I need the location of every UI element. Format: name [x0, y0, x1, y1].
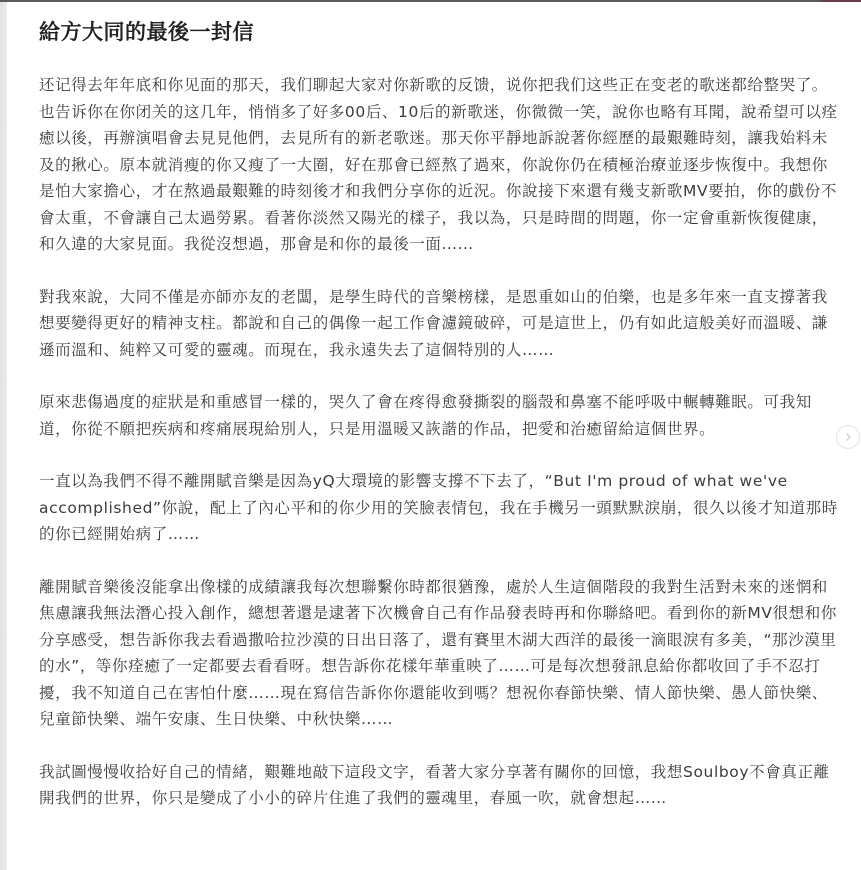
- top-border-accent: [821, 0, 861, 2]
- article-paragraph-4: 一直以為我們不得不離開賦音樂是因為yQ大環境的影響支撐不下去了，“But I'm…: [39, 468, 839, 548]
- article-paragraph-5: 離開賦音樂後沒能拿出像樣的成績讓我每次想聯繫你時都很猶豫，處於人生這個階段的我對…: [39, 574, 839, 733]
- next-image-button[interactable]: [836, 425, 860, 449]
- article-paragraph-1: 还记得去年年底和你见面的那天，我们聊起大家对你新歌的反馈，说你把我们这些正在变老…: [39, 72, 839, 258]
- article-title: 給方大同的最後一封信: [39, 14, 839, 50]
- article-paragraph-3: 原來悲傷過度的症狀是和重感冒一樣的，哭久了會在疼得愈發撕裂的腦殼和鼻塞不能呼吸中…: [39, 389, 839, 442]
- top-border: [0, 0, 861, 2]
- chevron-right-icon: [843, 432, 853, 442]
- article: 給方大同的最後一封信 还记得去年年底和你见面的那天，我们聊起大家对你新歌的反馈，…: [39, 14, 839, 812]
- article-paragraph-6: 我試圖慢慢收拾好自己的情緒，艱難地敲下這段文字，看著大家分享著有關你的回憶，我想…: [39, 759, 839, 812]
- left-panel-edge: [0, 2, 7, 870]
- article-paragraph-2: 對我來說，大同不僅是亦師亦友的老闆，是學生時代的音樂榜樣，是恩重如山的伯樂，也是…: [39, 284, 839, 364]
